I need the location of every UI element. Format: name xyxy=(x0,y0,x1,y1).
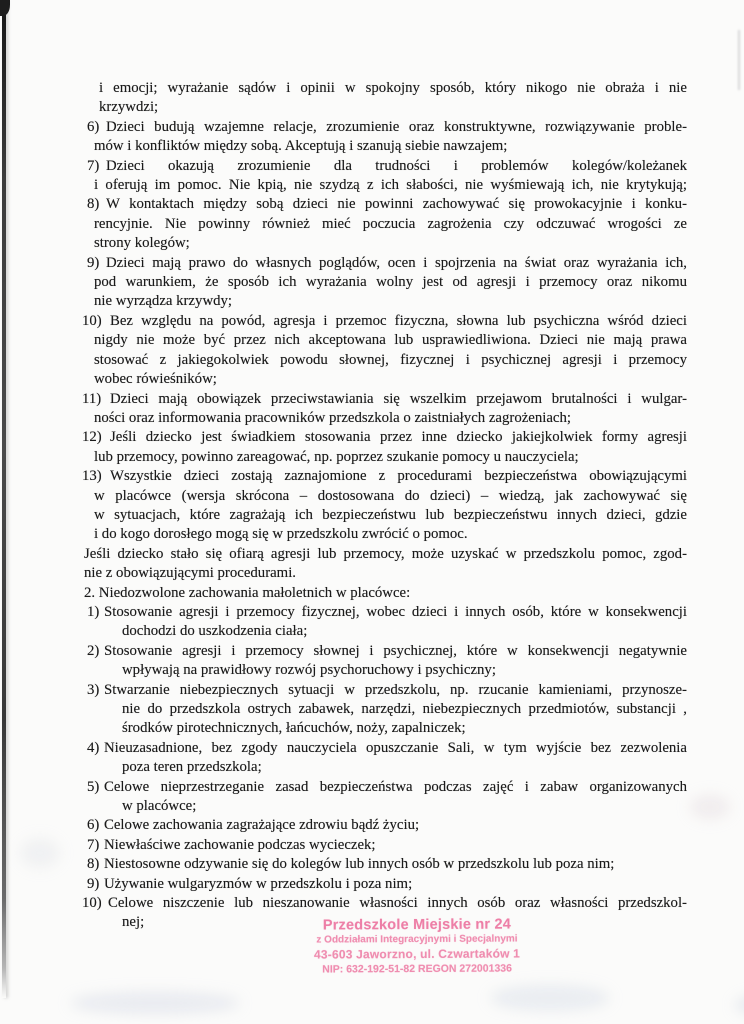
text-line: lub przemocy, powinno zareagować, np. po… xyxy=(94,448,687,467)
scan-smudge xyxy=(735,995,744,1015)
item-number: 6) xyxy=(87,816,99,835)
list2-item-2: 2) Stosowanie agresji i przemocy słownej… xyxy=(78,642,687,681)
stamp-nip-regon: NIP: 632-192-51-82 REGON 272001336 xyxy=(283,962,551,975)
item-number: 1) xyxy=(87,603,99,622)
item-number: 9) xyxy=(87,254,99,273)
text-line: 2. Niedozwolone zachowania małoletnich w… xyxy=(84,584,687,603)
text-line: Wszystkie dzieci zostają zaznajomione z … xyxy=(110,467,687,486)
text-line: rencyjnie. Nie powinny również mieć pocz… xyxy=(94,215,687,234)
text-line: Jeśli dziecko stało się ofiarą agresji l… xyxy=(84,545,687,564)
item-number: 12) xyxy=(82,428,102,447)
item-number: 2) xyxy=(87,642,99,661)
text-line: Jeśli dziecko jest świadkiem stosowania … xyxy=(110,428,687,447)
list-item-13: 13) Wszystkie dzieci zostają zaznajomion… xyxy=(78,467,687,545)
scan-smudge xyxy=(490,985,610,1011)
item-number: 5) xyxy=(87,778,99,797)
text-line: wobec rówieśników; xyxy=(94,370,687,389)
item-number: 13) xyxy=(82,467,102,486)
list-item-8: 8) W kontaktach między sobą dzieci nie p… xyxy=(78,195,687,253)
text-line: Celowe nieprzestrzeganie zasad bezpiecze… xyxy=(104,778,687,797)
text-line: Bez względu na powód, agresja i przemoc … xyxy=(110,312,687,331)
scanned-document-page: { "doc": { "intro": { "lines": [ "i emoc… xyxy=(0,0,744,1024)
text-line: Stosowanie agresji i przemocy fizycznej,… xyxy=(104,603,687,622)
text-line: krzywdzi; xyxy=(99,98,687,117)
list2-item-1: 1) Stosowanie agresji i przemocy fizyczn… xyxy=(78,603,687,642)
text-line: i oferują im pomoc. Nie kpią, nie szydzą… xyxy=(94,176,687,195)
text-line: nie z obowiązującymi procedurami. xyxy=(84,564,687,583)
list-item-12: 12) Jeśli dziecko jest świadkiem stosowa… xyxy=(78,428,687,467)
section-2-heading: 2. Niedozwolone zachowania małoletnich w… xyxy=(78,584,687,603)
list2-item-6: 6) Celowe zachowania zagrażające zdrowiu… xyxy=(78,816,687,835)
text-line: pod warunkiem, że sposób ich wyrażania w… xyxy=(94,273,687,292)
item-number: 6) xyxy=(87,118,99,137)
scan-smudge xyxy=(70,992,240,1014)
scan-corner-artifact xyxy=(0,0,10,16)
scan-smudge xyxy=(20,838,60,868)
list-item-10: 10) Bez względu na powód, agresja i prze… xyxy=(78,312,687,390)
list2-item-5: 5) Celowe nieprzestrzeganie zasad bezpie… xyxy=(78,778,687,817)
closing-paragraph: Jeśli dziecko stało się ofiarą agresji l… xyxy=(78,545,687,584)
text-line: dochodzi do uszkodzenia ciała; xyxy=(122,622,687,641)
text-line: i emocji; wyrażanie sądów i opinii w spo… xyxy=(99,79,687,98)
text-line: Dzieci budują wzajemne relacje, zrozumie… xyxy=(106,118,687,137)
text-line: nie wyrządza krzywdy; xyxy=(94,292,687,311)
list-item-9: 9) Dzieci mają prawo do własnych poglądó… xyxy=(78,254,687,312)
text-line: Dzieci okazują zrozumienie dla trudności… xyxy=(106,157,687,176)
item-number: 11) xyxy=(82,390,101,409)
school-stamp: Przedszkole Miejskie nr 24 z Oddziałami … xyxy=(283,916,551,975)
text-line: Dzieci mają obowiązek przeciwstawiania s… xyxy=(110,390,687,409)
scan-right-edge-artifact xyxy=(738,30,740,90)
text-line: wpływają na prawidłowy rozwój psychoruch… xyxy=(122,661,687,680)
text-line: stosować z jakiegokolwiek powodu słownej… xyxy=(94,351,687,370)
text-line: w placówce (wersja skrócona – dostosowan… xyxy=(94,487,687,506)
document-text: i emocji; wyrażanie sądów i opinii w spo… xyxy=(78,79,687,933)
text-line: Stosowanie agresji i przemocy słownej i … xyxy=(104,642,687,661)
item-number: 10) xyxy=(82,312,102,331)
item-number: 8) xyxy=(87,855,99,874)
text-line: środków pirotechnicznych, łańcuchów, noż… xyxy=(122,719,687,738)
text-line: Niewłaściwe zachowanie podczas wycieczek… xyxy=(104,836,687,855)
stamp-address: 43-603 Jaworzno, ul. Czwartaków 1 xyxy=(283,946,551,961)
paragraph-continuation: i emocji; wyrażanie sądów i opinii w spo… xyxy=(78,79,687,118)
text-line: Nieuzasadnione, bez zgody nauczyciela op… xyxy=(104,739,687,758)
text-line: Używanie wulgaryzmów w przedszkolu i poz… xyxy=(104,875,687,894)
list2-item-8: 8) Niestosowne odzywanie się do kolegów … xyxy=(78,855,687,874)
text-line: w placówce; xyxy=(122,797,687,816)
list-item-11: 11) Dzieci mają obowiązek przeciwstawian… xyxy=(78,390,687,429)
item-number: 3) xyxy=(87,681,99,700)
text-line: ności oraz informowania pracowników prze… xyxy=(94,409,687,428)
text-line: nie do przedszkola ostrych zabawek, narz… xyxy=(122,700,687,719)
text-line: Stwarzanie niebezpiecznych sytuacji w pr… xyxy=(104,681,687,700)
scan-left-edge-artifact xyxy=(2,0,6,998)
list2-item-9: 9) Używanie wulgaryzmów w przedszkolu i … xyxy=(78,875,687,894)
text-line: nigdy nie może być przez nich akceptowan… xyxy=(94,331,687,350)
list-item-6: 6) Dzieci budują wzajemne relacje, zrozu… xyxy=(78,118,687,157)
item-number: 7) xyxy=(87,836,99,855)
list-item-7: 7) Dzieci okazują zrozumienie dla trudno… xyxy=(78,157,687,196)
list2-item-4: 4) Nieuzasadnione, bez zgody nauczyciela… xyxy=(78,739,687,778)
scan-smudge xyxy=(690,795,730,819)
list2-item-3: 3) Stwarzanie niebezpiecznych sytuacji w… xyxy=(78,681,687,739)
text-line: Celowe niszczenie lub nieszanowanie włas… xyxy=(108,894,687,913)
text-line: mów i konfliktów między sobą. Akceptują … xyxy=(94,137,687,156)
item-number: 8) xyxy=(87,195,99,214)
text-line: Celowe zachowania zagrażające zdrowiu bą… xyxy=(104,816,687,835)
text-line: strony kolegów; xyxy=(94,234,687,253)
text-line: i do kogo dorosłego mogą się w przedszko… xyxy=(94,525,687,544)
item-number: 9) xyxy=(87,875,99,894)
stamp-subtitle: z Oddziałami Integracyjnymi i Specjalnym… xyxy=(283,933,551,945)
text-line: w sytuacjach, które zagrażają ich bezpie… xyxy=(94,506,687,525)
stamp-school-name: Przedszkole Miejskie nr 24 xyxy=(283,916,551,933)
item-number: 10) xyxy=(82,894,102,913)
list2-item-7: 7) Niewłaściwe zachowanie podczas wyciec… xyxy=(78,836,687,855)
item-number: 4) xyxy=(87,739,99,758)
text-line: W kontaktach między sobą dzieci nie powi… xyxy=(106,195,687,214)
text-line: Dzieci mają prawo do własnych poglądów, … xyxy=(106,254,687,273)
text-line: poza teren przedszkola; xyxy=(122,758,687,777)
item-number: 7) xyxy=(87,157,99,176)
text-line: Niestosowne odzywanie się do kolegów lub… xyxy=(104,855,687,874)
